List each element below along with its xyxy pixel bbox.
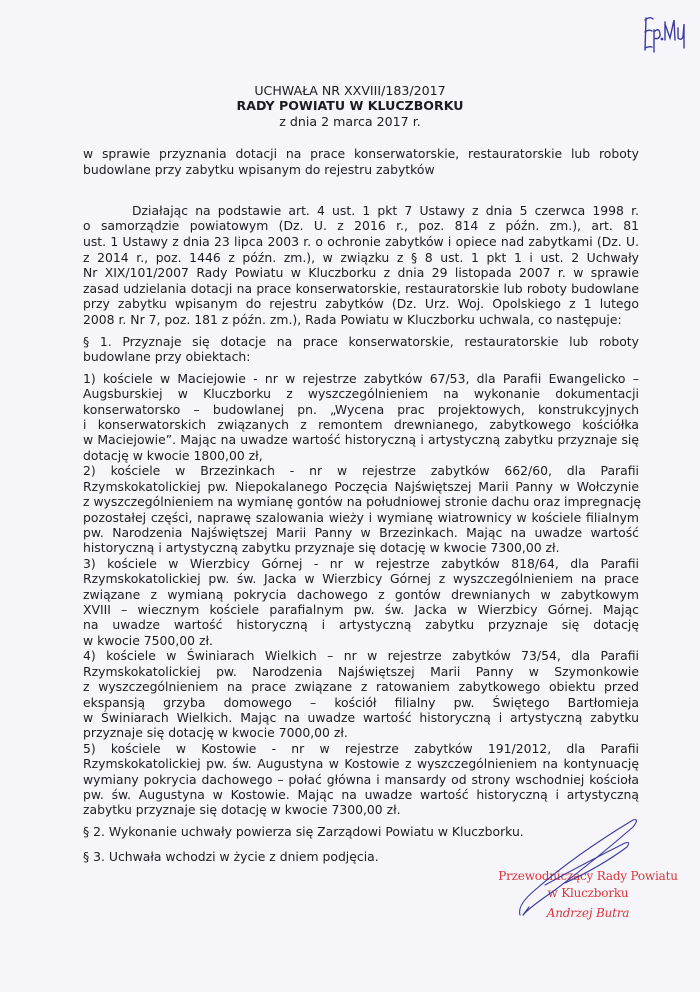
preamble-line: z 2014 r., poz. 1446 z późn. zm.), w zwi…: [83, 250, 639, 265]
item-5-line: Rzymskokatolickiej pw. św. Augustyna w K…: [83, 756, 639, 771]
item-2-line: Rzymskokatolickiej pw. Niepokalanego Poc…: [83, 479, 639, 494]
item-3-line: 3) kościele w Wierzbicy Górnej - nr w re…: [83, 556, 639, 571]
item-1-line: dotację w kwocie 1800,00 zł,: [83, 448, 639, 463]
item-2-line: z wyszczególnieniem na wymianę gontów na…: [83, 494, 639, 509]
item-4-line: w Świniarach Wielkich. Mając na uwadze w…: [83, 710, 639, 725]
preamble-line: ust. 1 Ustawy z dnia 23 lipca 2003 r. o …: [83, 234, 639, 249]
item-1-line: 1) kościele w Maciejowie - nr w rejestrz…: [83, 371, 639, 386]
preamble-line: zasad udzielania dotacji na prace konser…: [83, 281, 639, 296]
item-2-line: pw. Narodzenia Najświętszej Marii Panny …: [83, 525, 639, 540]
subject-line: budowlane przy zabytku wpisanym do rejes…: [83, 162, 639, 177]
preamble-line: 2008 r. Nr 7, poz. 181 z późn. zm.), Rad…: [83, 312, 639, 327]
section1-intro-line: § 1. Przyznaje się dotacje na prace kons…: [83, 334, 639, 349]
preamble-line: Działając na podstawie art. 4 ust. 1 pkt…: [132, 203, 639, 218]
item-5-line: 5) kościele w Kostowie - nr w rejestrze …: [83, 741, 639, 756]
item-4-line: 4) kościele w Świniarach Wielkich – nr w…: [83, 648, 639, 663]
preamble-line: o samorządzie powiatowym (Dz. U. z 2016 …: [83, 218, 639, 233]
item-4-line: z wyszczególnieniem na prace związane z …: [83, 679, 639, 694]
item-2-line: 2) kościele w Brzezinkach - nr w rejestr…: [83, 463, 639, 478]
scanned-document-page: UCHWAŁA NR XXVIII/183/2017 RADY POWIATU …: [0, 0, 700, 992]
item-4-line: ekspansją grzyba domowego – kościół fili…: [83, 695, 639, 710]
item-3-line: Rzymskokatolickiej pw. św. Jacka w Wierz…: [83, 571, 639, 586]
item-3-line: XVIII – wiecznym kościele parafialnym pw…: [83, 602, 639, 617]
resolution-date: z dnia 2 marca 2017 r.: [0, 114, 700, 129]
item-2-line: historyczną i artystyczną zabytku przyzn…: [83, 540, 639, 555]
section1-intro-line: budowlane przy obiektach:: [83, 349, 639, 364]
signature-scribble-icon: [515, 815, 655, 925]
resolution-title: UCHWAŁA NR XXVIII/183/2017: [0, 83, 700, 98]
item-2-line: pozostałej części, naprawę szalowania wi…: [83, 510, 639, 525]
item-1-line: i konserwatorskich związanych z remontem…: [83, 417, 639, 432]
item-1-line: Augsburskiej w Kluczborku z wyszczególni…: [83, 386, 639, 401]
subject-line: w sprawie przyznania dotacji na prace ko…: [83, 146, 639, 161]
item-3-line: związane z wymianą pokrycia dachowego z …: [83, 587, 639, 602]
resolution-issuer: RADY POWIATU W KLUCZBORKU: [0, 98, 700, 113]
item-5-line: wymiany pokrycia dachowego – połać główn…: [83, 772, 639, 787]
preamble-line: przy zabytku wpisanym do rejestru zabytk…: [83, 296, 639, 311]
handwritten-note-icon: [640, 10, 690, 55]
item-3-line: na uwadze wartość historyczną i artystyc…: [83, 617, 639, 632]
item-1-line: konserwatorsko – budowlanej pn. „Wycena …: [83, 402, 639, 417]
item-5-line: pw. św. Augustyna w Kostowie. Mając na u…: [83, 787, 639, 802]
item-1-line: w Maciejowie”. Mając na uwadze wartość h…: [83, 432, 639, 447]
item-3-line: w kwocie 7500,00 zł.: [83, 633, 639, 648]
item-4-line: Rzymskokatolickiej pw. Narodzenia Najświ…: [83, 664, 639, 679]
preamble-line: Nr XIX/101/2007 Rady Powiatu w Kluczbork…: [83, 265, 639, 280]
item-4-line: przyznaje się dotację w kwocie 7000,00 z…: [83, 725, 639, 740]
